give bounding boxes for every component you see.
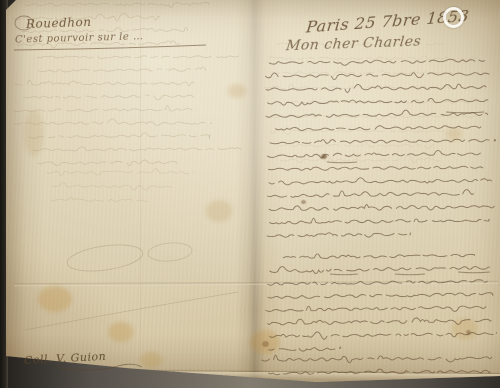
archival-annotation-name: Rouedhon (26, 15, 92, 31)
manuscript-photo: Rouedhon C'est pourvoir sur le … Paris 2… (0, 0, 500, 388)
ring-watermark-icon (443, 7, 464, 28)
right-page-recto (258, 0, 500, 388)
left-page-verso (6, 0, 258, 388)
